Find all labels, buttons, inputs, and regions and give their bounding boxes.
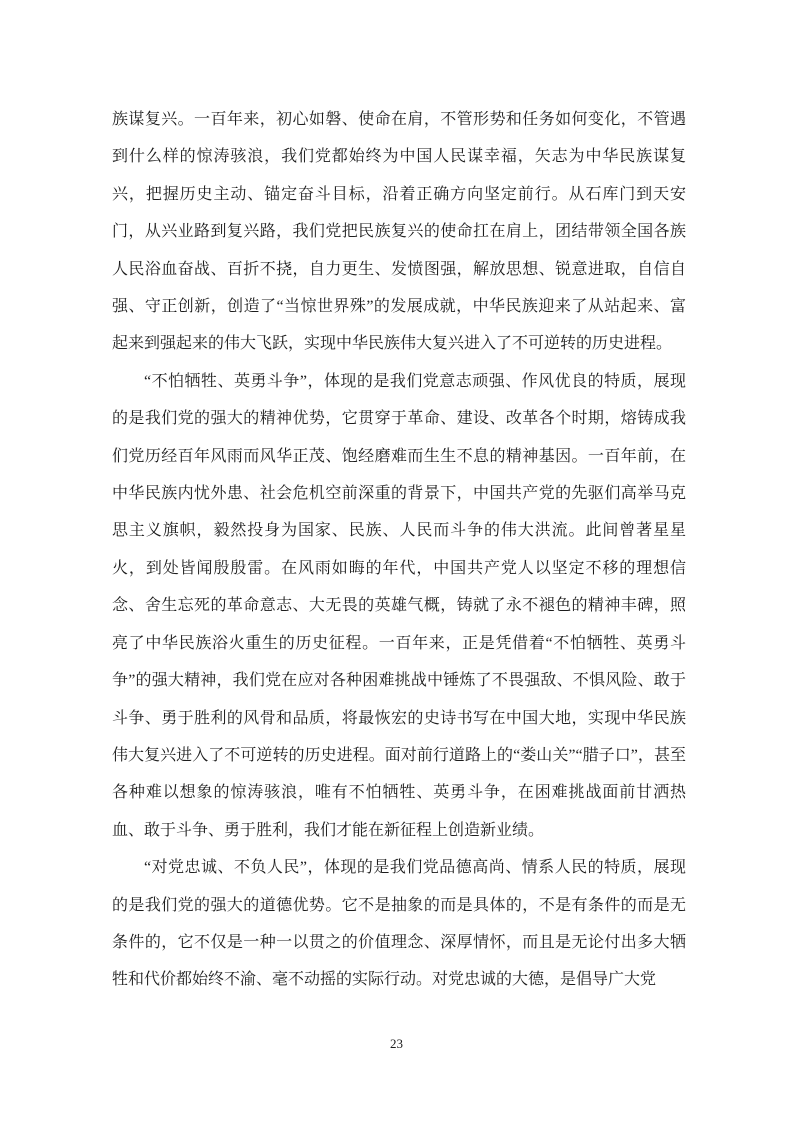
document-page: 族谋复兴。一百年来，初心如磐、使命在肩，不管形势和任务如何变化，不管遇到什么样的… xyxy=(0,0,793,1122)
paragraph-not-fearing-sacrifice: “不怕牺牲、英勇斗争”，体现的是我们党意志顽强、作风优良的特质，展现的是我们党的… xyxy=(112,363,686,849)
document-body: 族谋复兴。一百年来，初心如磐、使命在肩，不管形势和任务如何变化，不管遇到什么样的… xyxy=(112,101,686,999)
page-number: 23 xyxy=(0,1036,793,1052)
paragraph-loyal-to-party: “对党忠诚、不负人民”，体现的是我们党品德高尚、情系人民的特质，展现的是我们党的… xyxy=(112,849,686,999)
paragraph-continuation: 族谋复兴。一百年来，初心如磐、使命在肩，不管形势和任务如何变化，不管遇到什么样的… xyxy=(112,101,686,363)
